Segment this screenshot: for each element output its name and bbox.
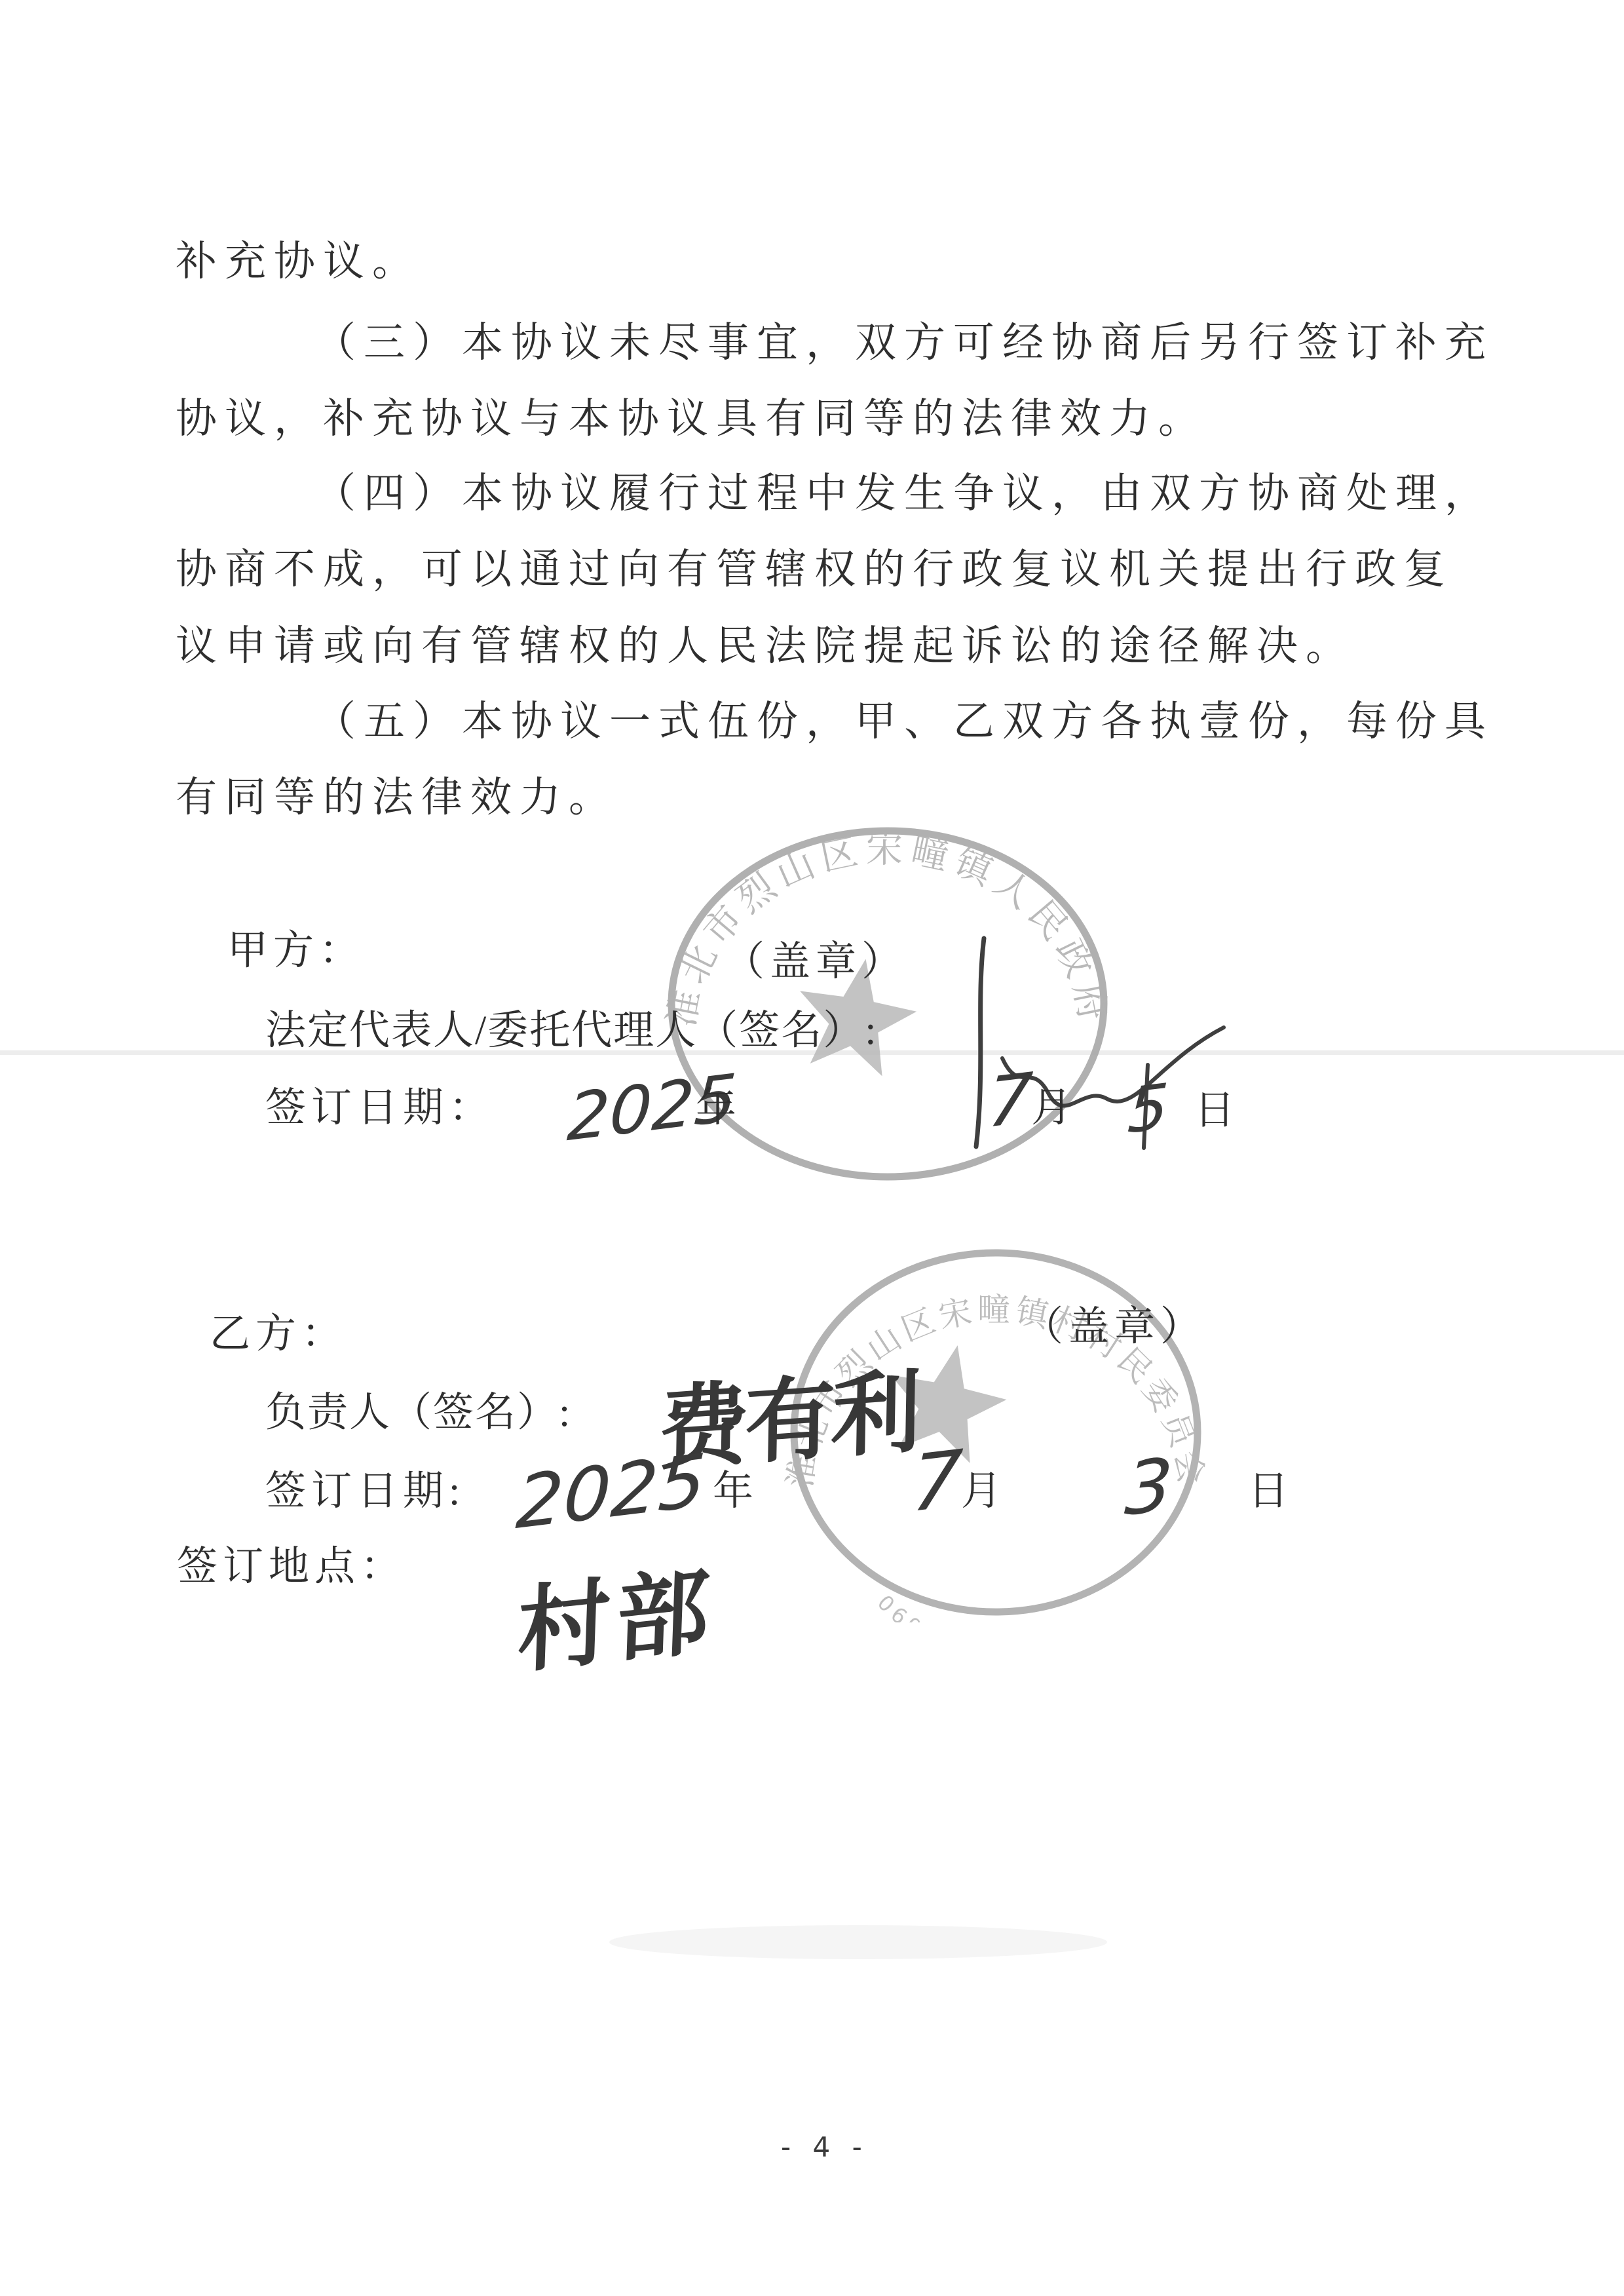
party-a-year-suffix: 年 — [696, 1075, 742, 1133]
party-a-day-suffix: 日 — [1194, 1077, 1240, 1136]
party-a-seal-note: （盖章） — [724, 928, 907, 987]
party-b-year-suffix: 年 — [713, 1458, 759, 1516]
party-b-signer-label: 负责人（签名）: — [265, 1379, 571, 1438]
party-b-seal-note: （盖章） — [1023, 1293, 1206, 1352]
party-a-date-label: 签订日期： — [265, 1075, 495, 1133]
party-b-month-suffix: 月 — [961, 1458, 1007, 1516]
signing-place-label: 签订地点： — [177, 1533, 406, 1592]
party-b-date-label: 签订日期: — [265, 1458, 465, 1516]
scan-artifact-smudge — [609, 1925, 1107, 1959]
party-b-label: 乙方： — [210, 1301, 347, 1359]
party-b-month-handwriting: 7 — [909, 1434, 965, 1530]
party-a-signer-label: 法定代表人/委托代理人（签名）: — [265, 997, 877, 1056]
body-line: 协议，补充协议与本协议具有同等的法律效力。 — [176, 385, 1207, 445]
party-a-month-handwriting: 7 — [985, 1058, 1034, 1143]
scanned-document-page: 补充协议。 （三）本协议未尽事宜，双方可经协商后另行签订补充 协议，补充协议与本… — [0, 0, 1624, 2296]
party-a-day-handwriting: 5 — [1126, 1070, 1171, 1148]
body-line: 有同等的法律效力。 — [176, 764, 618, 824]
body-line: 议申请或向有管辖权的人民法院提起诉讼的途径解决。 — [176, 613, 1355, 672]
signing-place-handwriting: 村部 — [516, 1535, 719, 1691]
party-a-month-suffix: 月 — [1031, 1075, 1077, 1133]
body-line: 协商不成，可以通过向有管辖权的行政复议机关提出行政复 — [176, 536, 1453, 596]
body-line: （三）本协议未尽事宜，双方可经协商后另行签订补充 — [314, 309, 1494, 369]
party-b-day-handwriting: 3 — [1123, 1442, 1175, 1533]
party-b-day-suffix: 日 — [1248, 1458, 1294, 1516]
page-number: - 4 - — [781, 2131, 869, 2163]
party-a-label: 甲方： — [227, 917, 365, 976]
body-line: 补充协议。 — [176, 228, 421, 288]
body-line: （四）本协议履行过程中发生争议，由双方协商处理， — [314, 460, 1494, 520]
party-b-year-handwriting: 2025 — [514, 1438, 708, 1546]
body-line: （五）本协议一式伍份，甲、乙双方各执壹份，每份具 — [314, 688, 1494, 748]
